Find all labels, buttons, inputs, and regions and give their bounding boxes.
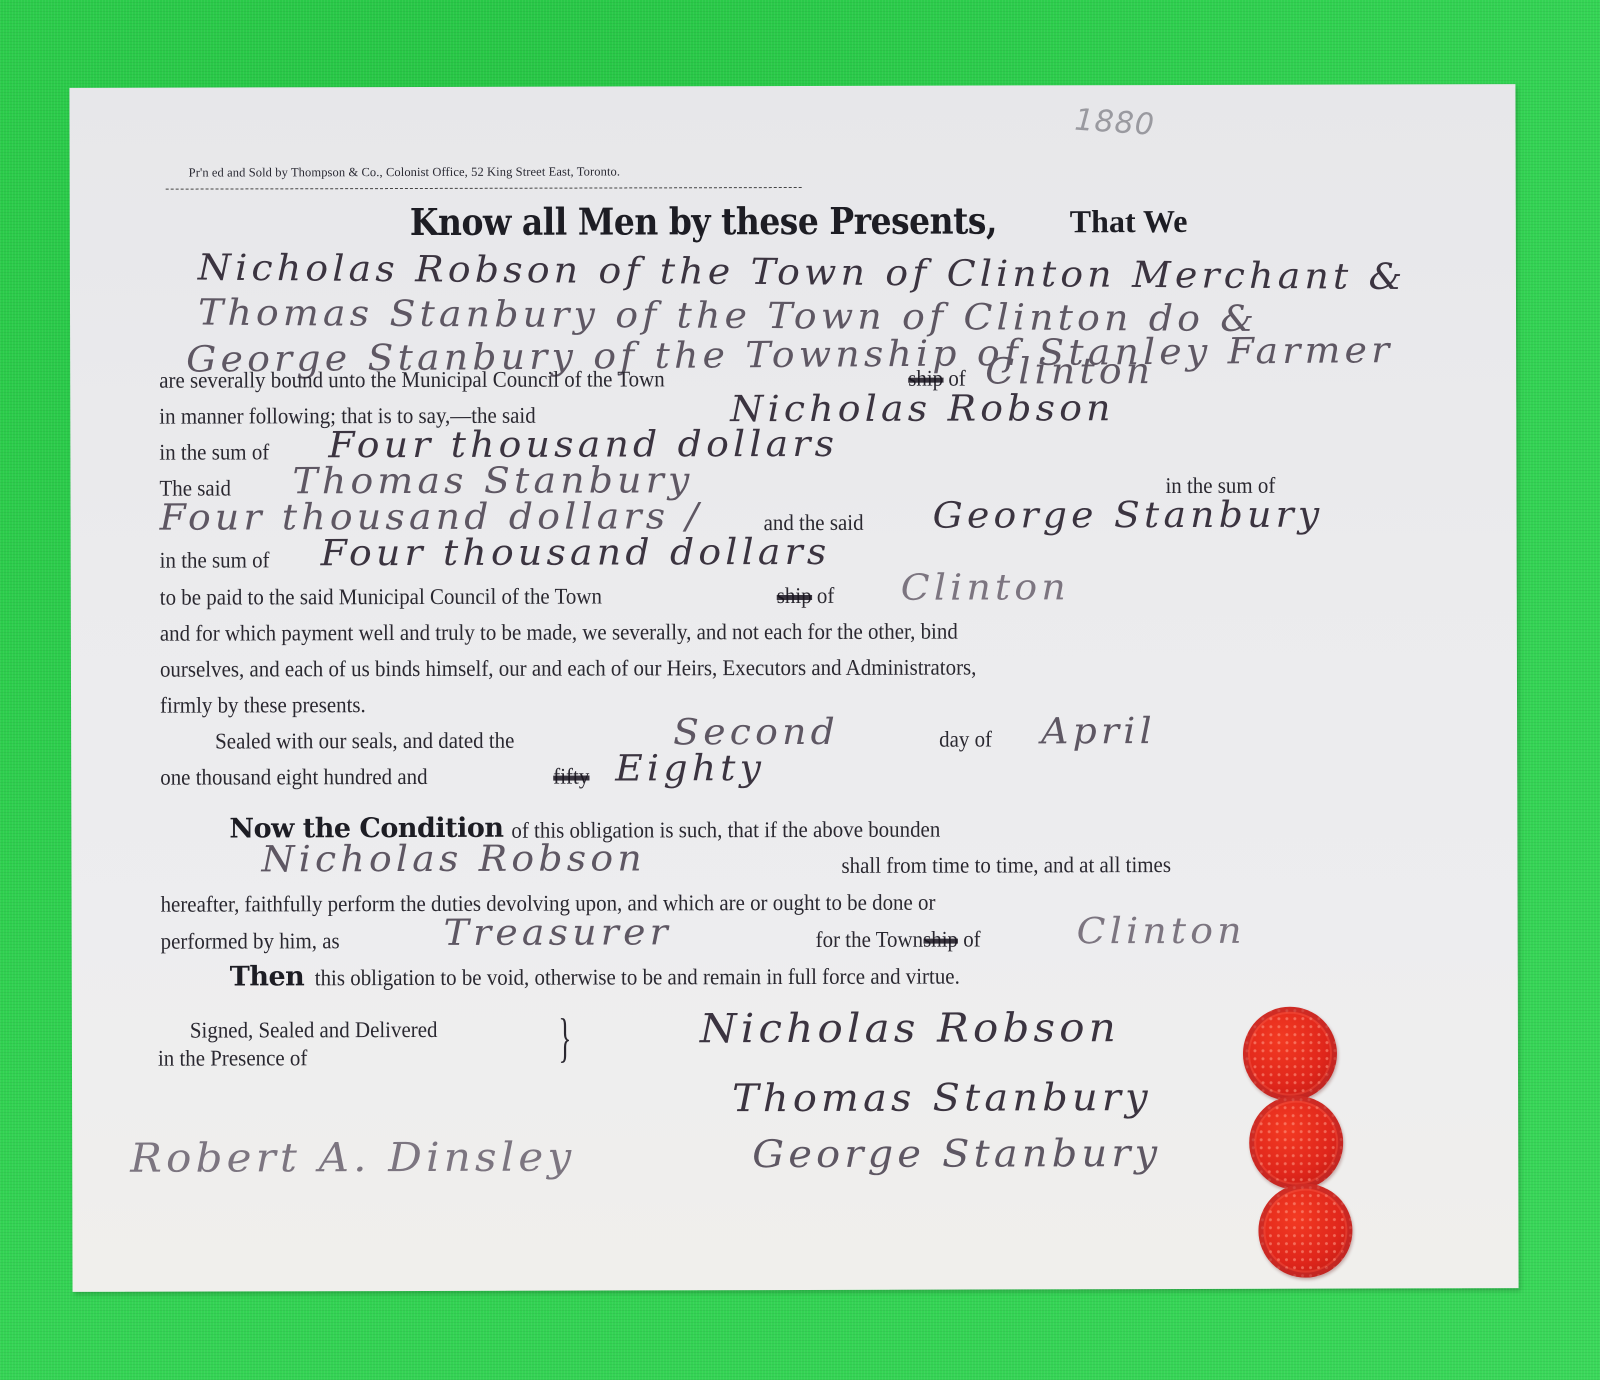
then-clause: Then this obligation to be void, otherwi… xyxy=(230,959,1008,992)
struck-text: fifty xyxy=(553,764,589,789)
struck-text: ship xyxy=(777,583,812,608)
print-text: and for which payment well and truly to … xyxy=(160,619,958,647)
print-text: ourselves, and each of us binds himself,… xyxy=(160,655,977,683)
wax-seal-1 xyxy=(1243,1007,1337,1101)
print-text: in the sum of xyxy=(160,547,270,573)
hand-township-3: Clinton xyxy=(1077,911,1246,952)
wax-seal-2 xyxy=(1249,1096,1343,1190)
wax-seal-3 xyxy=(1258,1184,1352,1278)
heading-that-we: That We xyxy=(1070,203,1188,240)
print-text-struck-fifty: fifty xyxy=(553,764,589,790)
witness-signature: Robert A. Dinsley xyxy=(130,1135,575,1182)
attestation-line-1: Signed, Sealed and Delivered xyxy=(190,1017,438,1044)
signature-nicholas-robson: Nicholas Robson xyxy=(700,1005,1120,1052)
printer-imprint: Pr'n ed and Sold by Thompson & Co., Colo… xyxy=(189,164,620,180)
print-text: to be paid to the said Municipal Council… xyxy=(160,584,602,611)
struck-text: ship xyxy=(923,927,958,952)
hand-office: Treasurer xyxy=(444,912,672,954)
then-blackletter: Then xyxy=(230,961,305,992)
print-text: performed by him, as xyxy=(161,928,340,954)
print-text-struck-ship: ship of xyxy=(777,583,835,609)
hand-month: April xyxy=(1041,711,1156,752)
print-text: firmly by these presents. xyxy=(160,692,366,719)
imprint-divider xyxy=(166,187,802,190)
signature-george-stanbury: George Stanbury xyxy=(752,1131,1161,1176)
body-line-1: are severally bound unto the Municipal C… xyxy=(159,366,703,393)
attestation-line-2: in the Presence of xyxy=(158,1045,307,1071)
hand-township-2: Clinton xyxy=(901,567,1070,608)
print-text: of xyxy=(948,366,966,391)
hand-year: Eighty xyxy=(615,748,765,789)
signature-thomas-stanbury: Thomas Stanbury xyxy=(732,1075,1152,1120)
struck-text: ship xyxy=(908,366,943,391)
print-text: are severally bound unto the Municipal C… xyxy=(159,366,665,393)
print-text-town: for the Township of xyxy=(816,927,981,953)
hand-bounden-name: Nicholas Robson xyxy=(261,838,646,880)
print-text: of xyxy=(963,927,981,952)
hand-party-1: Nicholas Robson of the Town of Clinton M… xyxy=(198,248,1407,298)
print-text: for the Town xyxy=(816,927,923,952)
hand-township-1: Clinton xyxy=(985,351,1154,392)
document-heading: Know all Men by these Presents, xyxy=(410,203,997,244)
attestation-brace: } xyxy=(558,1007,571,1069)
print-text: shall from time to time, and at all time… xyxy=(841,852,1171,879)
hand-day: Second xyxy=(673,712,839,753)
heading-blackletter: Know all Men by these Presents, xyxy=(410,199,997,244)
print-text: Sealed with our seals, and dated the xyxy=(215,728,514,755)
print-text: of xyxy=(817,583,835,608)
print-text: this obligation to be void, otherwise to… xyxy=(314,964,959,992)
pencil-year-note: 1880 xyxy=(1073,103,1156,143)
hand-name-george: George Stanbury xyxy=(932,495,1323,537)
hand-sum-3: Four thousand dollars xyxy=(321,532,831,574)
print-text: in the sum of xyxy=(159,439,269,465)
bond-document-paper: 1880 Pr'n ed and Sold by Thompson & Co.,… xyxy=(69,84,1518,1292)
print-text: day of xyxy=(939,726,992,752)
print-text: one thousand eight hundred and xyxy=(160,764,427,791)
